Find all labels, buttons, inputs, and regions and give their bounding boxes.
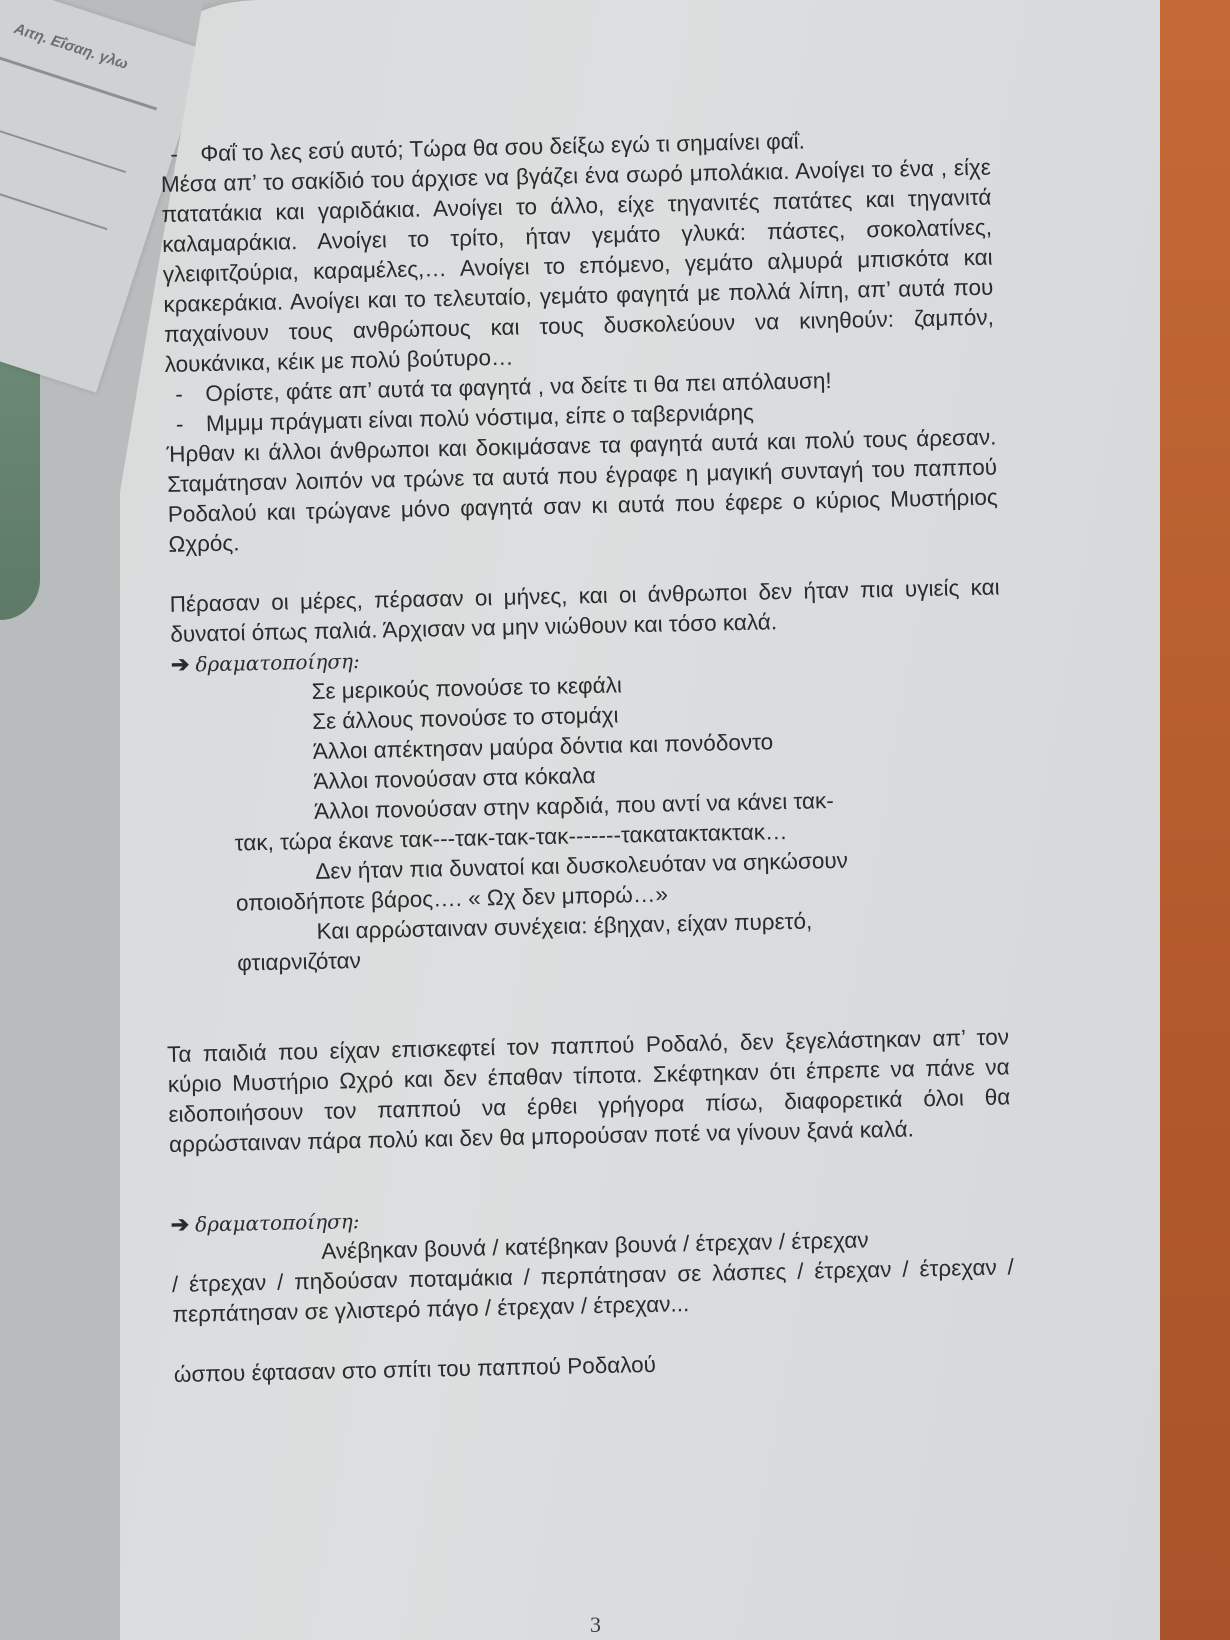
arrow-right-icon: ➔ bbox=[170, 1210, 189, 1240]
page-content: - Φαΐ το λες εσύ αυτό; Τώρα θα σου δείξω… bbox=[160, 123, 1016, 1390]
drama-text: φτιαρνιζόταν bbox=[237, 948, 361, 976]
background-paper-rule bbox=[0, 163, 107, 230]
background-paper-rule bbox=[0, 109, 126, 173]
paragraph-children: Τα παιδιά που είχαν επισκεφτεί τον παππο… bbox=[167, 1022, 1011, 1160]
background-paper-text: Αιτη. Εΐσαη. γλω bbox=[12, 20, 130, 73]
arrow-right-icon: ➔ bbox=[171, 650, 190, 680]
dash-icon: - bbox=[176, 410, 184, 440]
drama-paragraph-journey: Ανέβηκαν βουνά / κατέβηκαν βουνά / έτρεχ… bbox=[171, 1222, 1015, 1330]
page-number: 3 bbox=[590, 1612, 601, 1638]
drama-label: δραματοποίηση: bbox=[195, 649, 360, 676]
dash-icon: - bbox=[175, 380, 183, 410]
dash-icon: - bbox=[170, 140, 178, 170]
paragraph-people-tasted: Ήρθαν κι άλλοι άνθρωποι και δοκιμάσανε τ… bbox=[166, 423, 998, 560]
drama-label: δραματοποίηση: bbox=[195, 1209, 360, 1236]
paragraph-bowls: Μέσα απ’ το σακίδιό του άρχισε να βγάζει… bbox=[161, 153, 995, 380]
background-paper-rule bbox=[0, 55, 157, 110]
